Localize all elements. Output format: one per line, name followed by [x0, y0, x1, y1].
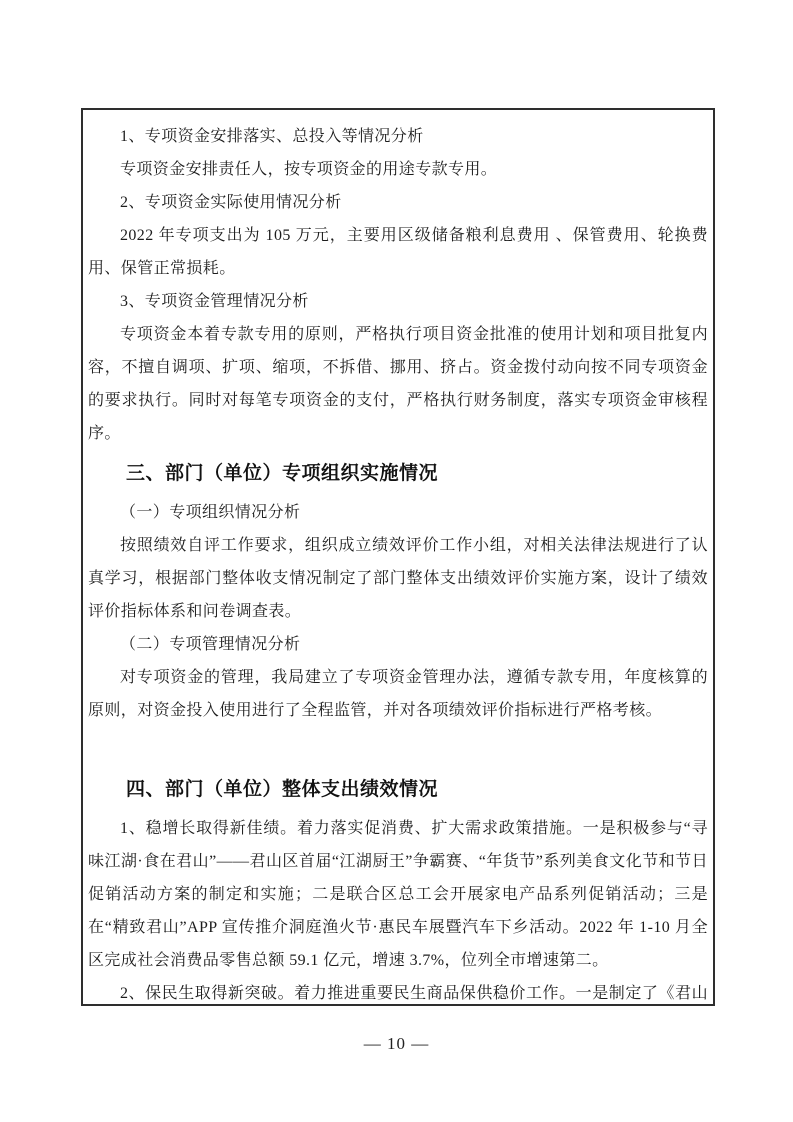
para-point-1: 1、稳增长取得新佳绩。着力落实促消费、扩大需求政策措施。一是积极参与“寻味江湖·… — [88, 812, 708, 977]
para-item-1-body: 专项资金安排责任人，按专项资金的用途专款专用。 — [88, 153, 708, 186]
page-number: — 10 — — [0, 1034, 793, 1054]
section-heading-3: 三、部门（单位）专项组织实施情况 — [88, 459, 708, 489]
para-sub-1-title: （一）专项组织情况分析 — [88, 496, 708, 529]
document-page: 1、专项资金安排落实、总投入等情况分析 专项资金安排责任人，按专项资金的用途专款… — [0, 0, 793, 1122]
para-point-2: 2、保民生取得新突破。着力推进重要民生商品保供稳价工作。一是制定了《君山区应对新… — [88, 977, 708, 1006]
para-sub-2-title: （二）专项管理情况分析 — [88, 628, 708, 661]
content-border-box: 1、专项资金安排落实、总投入等情况分析 专项资金安排责任人，按专项资金的用途专款… — [81, 108, 715, 1006]
para-item-1-title: 1、专项资金安排落实、总投入等情况分析 — [88, 120, 708, 153]
section-heading-4: 四、部门（单位）整体支出绩效情况 — [88, 775, 708, 805]
para-item-3-body: 专项资金本着专款专用的原则，严格执行项目资金批准的使用计划和项目批复内容，不擅自… — [88, 318, 708, 450]
para-sub-2-body: 对专项资金的管理，我局建立了专项资金管理办法，遵循专款专用，年度核算的原则，对资… — [88, 661, 708, 727]
para-sub-1-body: 按照绩效自评工作要求，组织成立绩效评价工作小组，对相关法律法规进行了认真学习，根… — [88, 529, 708, 628]
para-item-2-title: 2、专项资金实际使用情况分析 — [88, 186, 708, 219]
para-item-2-body: 2022 年专项支出为 105 万元，主要用区级储备粮利息费用 、保管费用、轮换… — [88, 219, 708, 285]
para-item-3-title: 3、专项资金管理情况分析 — [88, 285, 708, 318]
